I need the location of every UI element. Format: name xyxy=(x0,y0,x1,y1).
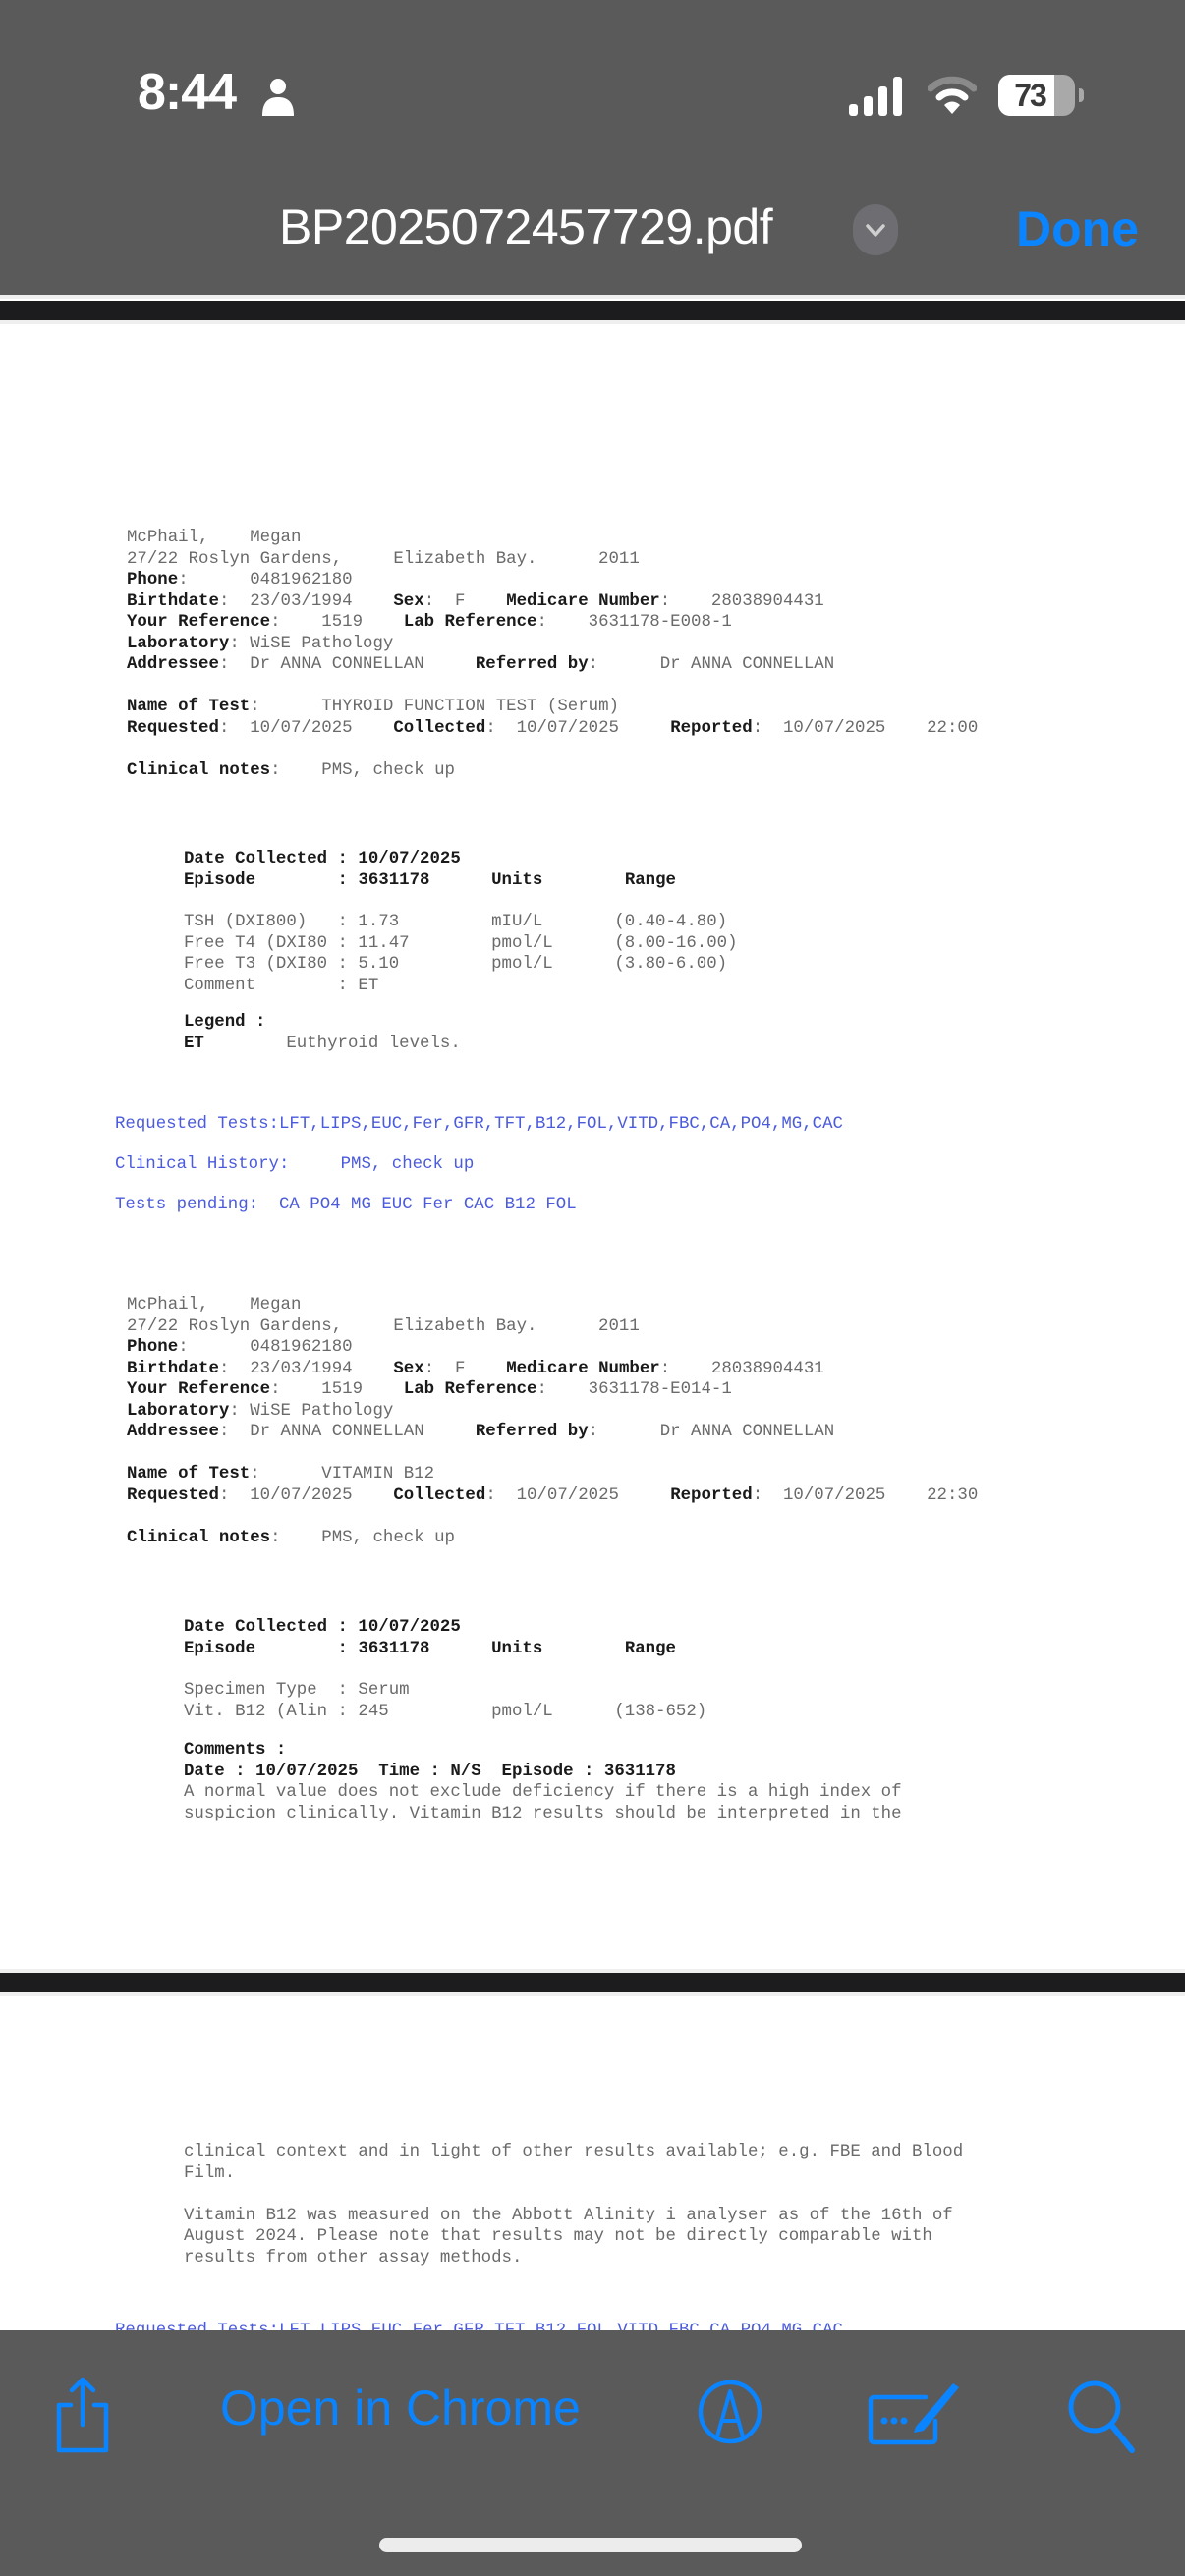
result-row: TSH (DXI800) : 1.73 mIU/L (0.40-4.80) xyxy=(184,912,738,933)
result-row: Free T4 (DXI80 : 11.47 pmol/L (8.00-16.0… xyxy=(184,933,738,955)
comments-2: Comments : Date : 10/07/2025 Time : N/S … xyxy=(184,1740,902,1824)
results-table-2: Specimen Type : SerumVit. B12 (Alin : 24… xyxy=(184,1680,706,1722)
chevron-down-icon xyxy=(853,204,898,255)
battery-indicator: 73 xyxy=(998,75,1077,116)
status-time: 8:44 xyxy=(138,63,236,122)
result-row: Free T3 (DXI80 : 5.10 pmol/L (3.80-6.00) xyxy=(184,954,738,976)
done-button[interactable]: Done xyxy=(1016,200,1139,257)
share-icon[interactable] xyxy=(53,2376,112,2454)
result-row: Vit. B12 (Alin : 245 pmol/L (138-652) xyxy=(184,1702,706,1723)
result-row: Specimen Type : Serum xyxy=(184,1680,706,1702)
open-in-chrome-button[interactable]: Open in Chrome xyxy=(220,2380,581,2436)
report-header-2: McPhail, Megan 27/22 Roslyn Gardens, Eli… xyxy=(127,1295,978,1548)
person-icon xyxy=(259,77,297,116)
result-row: Comment : ET xyxy=(184,976,738,997)
report-header-1: McPhail, Megan 27/22 Roslyn Gardens, Eli… xyxy=(127,528,978,781)
tests-pending-1: Tests pending: CA PO4 MG EUC Fer CAC B12… xyxy=(115,1195,577,1216)
top-bar: 8:44 73 BP2025072457729.pdf Done xyxy=(0,0,1185,295)
cellular-signal-icon xyxy=(849,77,904,116)
legend-1: Legend : ET Euthyroid levels. xyxy=(184,1012,461,1054)
home-indicator[interactable] xyxy=(379,2538,802,2552)
page-separator xyxy=(0,1973,1185,1992)
comments-2-continued: clinical context and in light of other r… xyxy=(184,2142,963,2268)
wifi-icon xyxy=(928,75,977,116)
battery-percent: 73 xyxy=(998,75,1061,116)
file-title[interactable]: BP2025072457729.pdf xyxy=(279,198,772,255)
results-block-1: Date Collected : 10/07/2025 Episode : 36… xyxy=(184,849,676,891)
requested-tests-1: Requested Tests:LFT,LIPS,EUC,Fer,GFR,TFT… xyxy=(115,1114,843,1136)
results-table-1: TSH (DXI800) : 1.73 mIU/L (0.40-4.80)Fre… xyxy=(184,912,738,996)
results-block-2: Date Collected : 10/07/2025 Episode : 36… xyxy=(184,1617,676,1659)
form-fill-icon[interactable] xyxy=(867,2378,965,2446)
file-menu-button[interactable] xyxy=(853,204,898,255)
clinical-history-1: Clinical History: PMS, check up xyxy=(115,1154,474,1176)
markup-icon[interactable] xyxy=(698,2380,762,2444)
page-separator xyxy=(0,301,1185,320)
search-icon[interactable] xyxy=(1065,2378,1136,2454)
